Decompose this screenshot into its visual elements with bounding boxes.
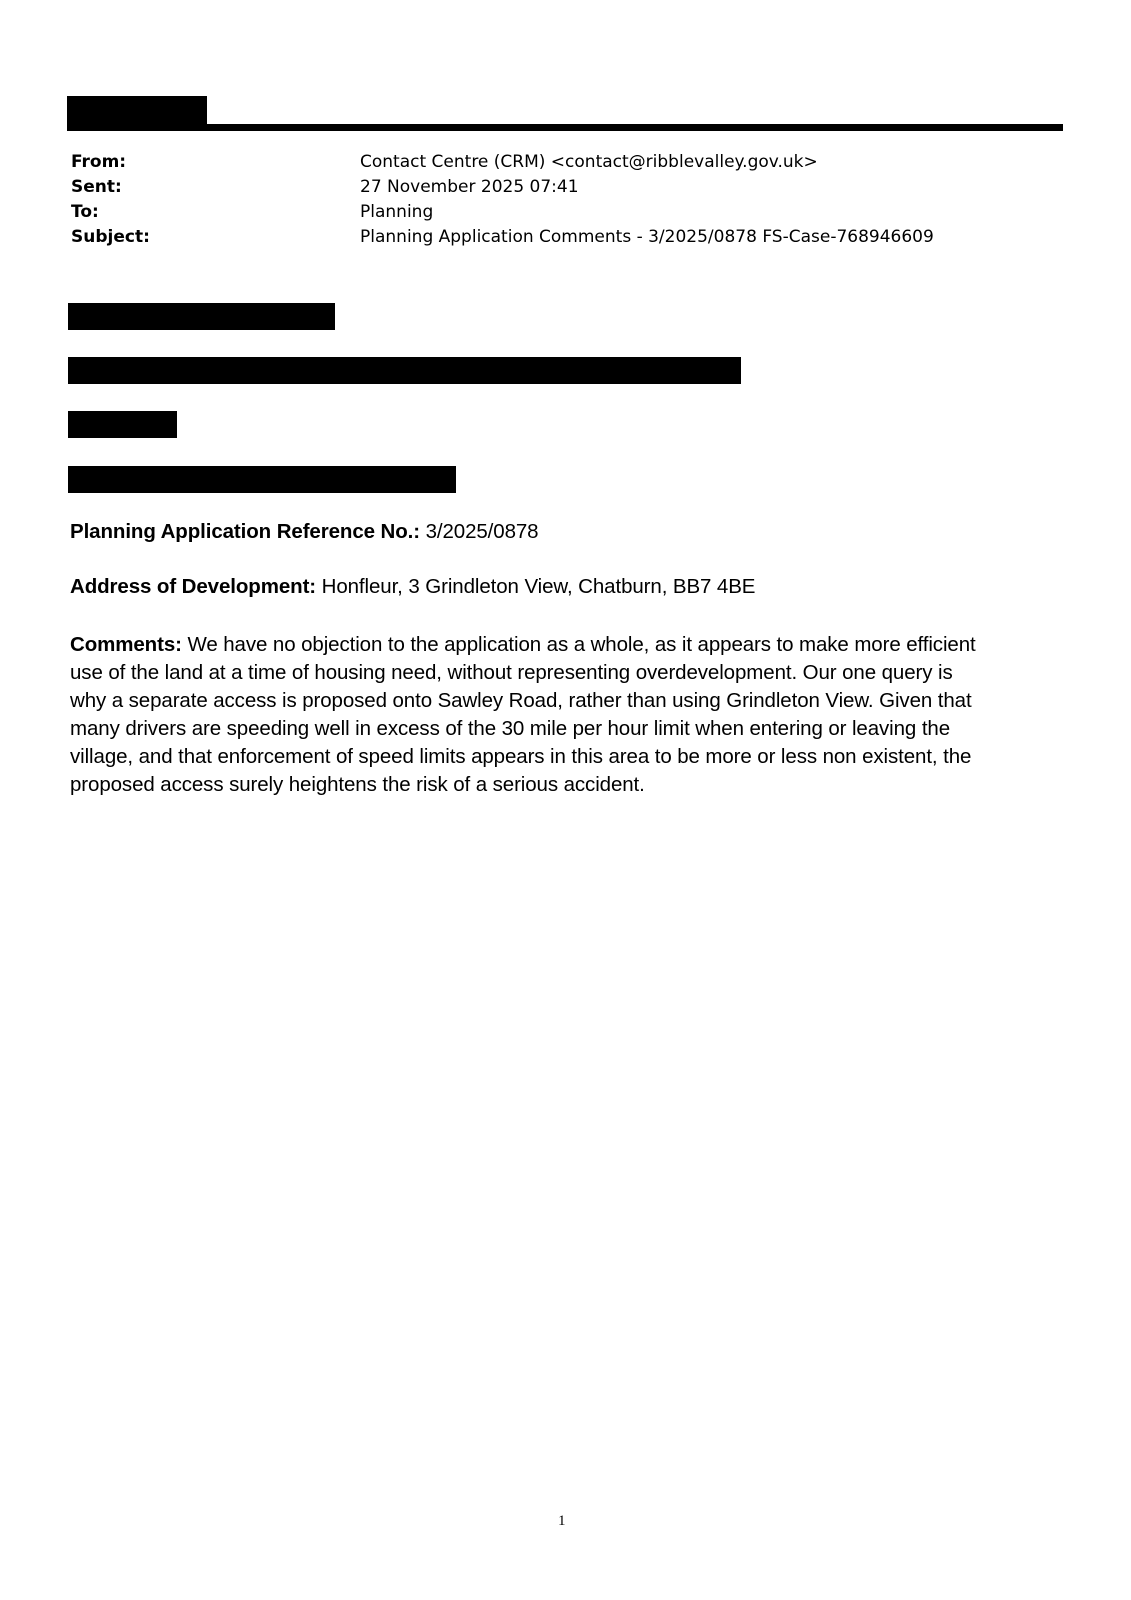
comments-label: Comments: [70,633,182,656]
redacted-line-3 [68,411,177,438]
to-row: To: Planning [71,200,99,225]
comments-line: many drivers are speeding well in excess… [70,715,1070,743]
comments-line: Comments: We have no objection to the ap… [70,631,1070,659]
subject-row: Subject: Planning Application Comments -… [71,225,150,250]
application-reference: Planning Application Reference No.: 3/20… [70,520,538,544]
reference-label: Planning Application Reference No.: [70,520,420,543]
comments-line: why a separate access is proposed onto S… [70,687,1070,715]
sent-row: Sent: 27 November 2025 07:41 [71,175,122,200]
sent-label: Sent: [71,177,122,197]
to-label: To: [71,202,99,222]
redacted-line-4 [68,466,456,493]
sent-value: 27 November 2025 07:41 [360,175,579,200]
subject-label: Subject: [71,227,150,247]
subject-value: Planning Application Comments - 3/2025/0… [360,225,934,250]
comments-line: use of the land at a time of housing nee… [70,659,1070,687]
address-value: Honfleur, 3 Grindleton View, Chatburn, B… [316,575,755,598]
to-value: Planning [360,200,433,225]
page-number: 1 [558,1513,566,1530]
address-label: Address of Development: [70,575,316,598]
redacted-line-1 [68,303,335,330]
from-row: From: Contact Centre (CRM) <contact@ribb… [71,150,126,175]
header-rule [67,124,1063,131]
comments-paragraph: Comments: We have no objection to the ap… [70,631,1070,799]
redacted-line-2 [68,357,741,384]
development-address: Address of Development: Honfleur, 3 Grin… [70,575,755,599]
comments-text: We have no objection to the application … [182,633,976,656]
comments-line: proposed access surely heightens the ris… [70,771,1070,799]
comments-line: village, and that enforcement of speed l… [70,743,1070,771]
from-value: Contact Centre (CRM) <contact@ribblevall… [360,150,818,175]
from-label: From: [71,152,126,172]
reference-value: 3/2025/0878 [420,520,539,543]
